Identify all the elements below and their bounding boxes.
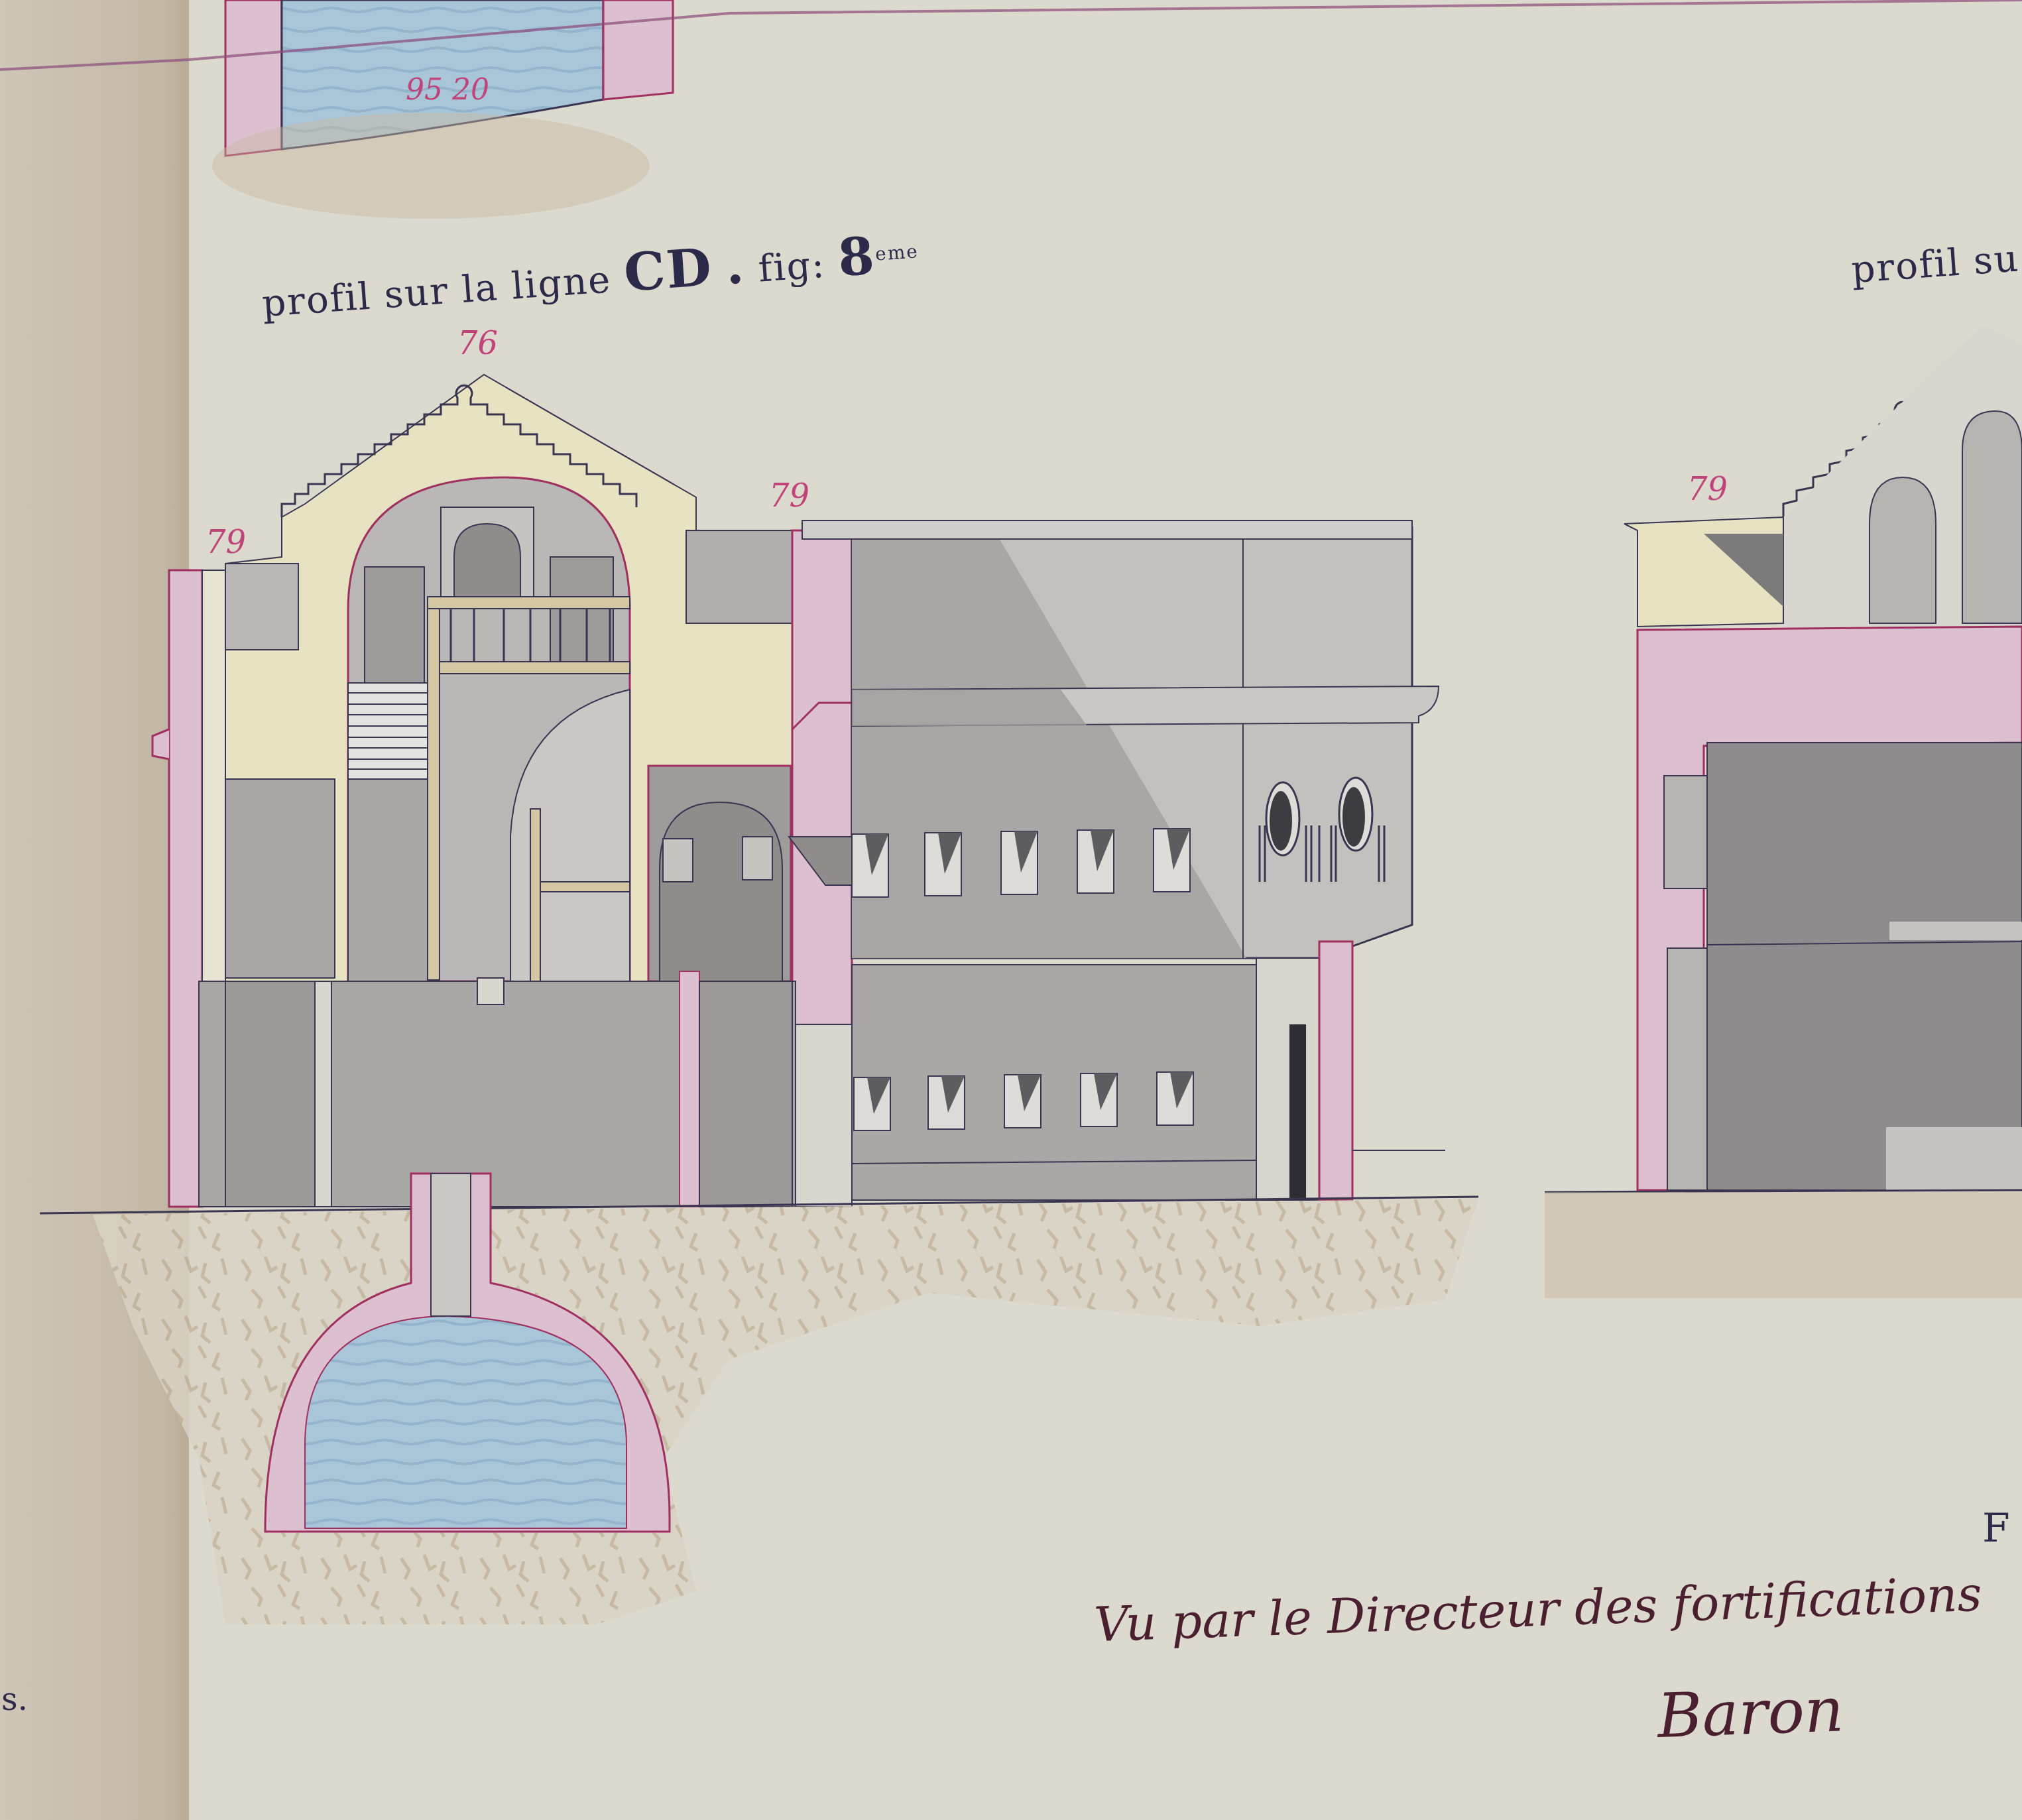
title-line-label: CD (622, 237, 715, 304)
elevation-mark-middle-wall: 79 (769, 477, 809, 515)
paper-fold-left (0, 0, 189, 1820)
elevation-mark-gable-peak: 76 (457, 325, 498, 362)
signature: Baron (1656, 1674, 1845, 1752)
title-separator: . (723, 235, 746, 296)
elevation-mark-left-wall: 79 (206, 524, 246, 561)
title-fig-number: 8 (836, 226, 877, 289)
title-fig-label: fig: (757, 243, 827, 291)
title-fig-suffix: eme (874, 240, 920, 265)
right-edge-letter: F (1982, 1505, 2010, 1551)
left-edge-text: s. (1, 1681, 28, 1718)
elevation-mark-right-section: 79 (1687, 471, 1728, 508)
architectural-drawing-sheet: profil sur la ligne CD . fig: 8eme profi… (0, 0, 2022, 1820)
elevation-mark-top-cistern: 95 20 (406, 73, 489, 107)
